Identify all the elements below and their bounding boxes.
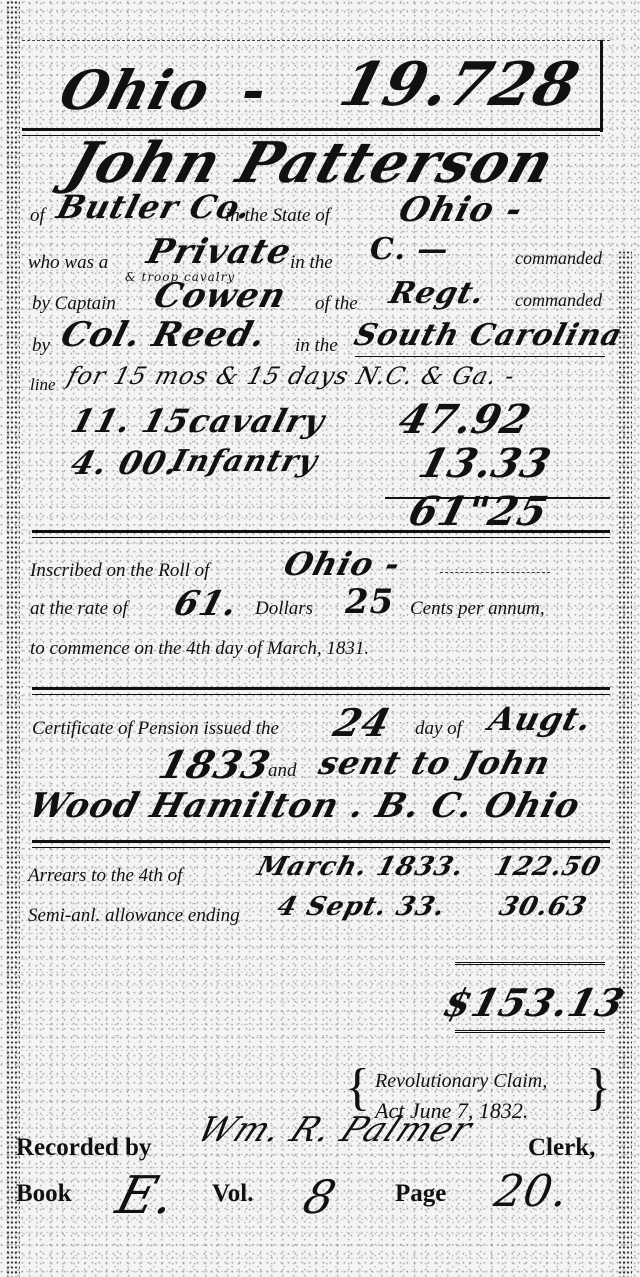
certificate-issued-label: Certificate of Pension issued the — [32, 718, 279, 740]
who-was-label: who was a — [28, 252, 108, 274]
section-divider-2 — [32, 687, 610, 695]
line-underline — [355, 356, 605, 357]
roll-rule — [440, 572, 550, 573]
section-divider-1 — [32, 530, 610, 538]
header-dash: - — [242, 58, 265, 122]
pensioner-name: John Patterson — [59, 130, 563, 196]
payments-total-rule — [455, 1030, 605, 1033]
certificate-day: 24 — [329, 700, 396, 745]
regiment: Regt. — [385, 276, 489, 311]
payments-total: $153.13 — [439, 980, 630, 1025]
claim-line-1: Revolutionary Claim, — [375, 1070, 547, 1093]
vol-label: Vol. — [212, 1180, 253, 1208]
certificate-number: 19.728 — [333, 50, 587, 120]
left-edge-border — [6, 0, 20, 1277]
by-captain-label: by Captain — [32, 293, 116, 315]
breakdown-amount: 47.92 — [394, 396, 537, 443]
certificate-recipient: Wood Hamilton . B. C. Ohio — [25, 786, 585, 826]
rate-label: at the rate of — [30, 598, 128, 620]
company: C. — — [370, 232, 448, 267]
page-value: 20. — [491, 1166, 573, 1217]
right-edge-border — [618, 250, 632, 1277]
certificate-month: Augt. — [485, 700, 597, 738]
roll-state: Ohio - — [280, 545, 405, 583]
book-label: Book — [16, 1180, 72, 1208]
service-total: 61"25 — [404, 488, 554, 535]
and-label: and — [268, 760, 297, 782]
service-duration: for 15 mos & 15 days N.C. & Ga. - — [64, 362, 518, 390]
clerk-label: Clerk, — [528, 1134, 595, 1162]
breakdown-amount: 13.33 — [414, 440, 557, 487]
semi-annual-date: 4 Sept. 33. — [274, 892, 449, 922]
rank: Private — [143, 232, 296, 272]
header-state: Ohio — [53, 58, 217, 122]
arrears-date: March. 1833. — [254, 852, 468, 882]
header-box: Ohio - 19.728 — [22, 40, 603, 132]
by-label: by — [32, 335, 50, 357]
claim-open-brace: { — [345, 1062, 370, 1114]
recorded-by-label: Recorded by — [16, 1134, 151, 1162]
of-label: of — [30, 205, 45, 227]
section-divider-3 — [32, 840, 610, 848]
line-label: line — [30, 375, 56, 395]
rate-dollars: 61. — [170, 584, 243, 624]
cents-label: Cents per annum, — [410, 598, 545, 620]
breakdown-period: 4. 00. — [67, 444, 183, 482]
line-name: South Carolina — [350, 318, 626, 353]
commanded-label-1: commanded — [515, 248, 602, 269]
arrears-label: Arrears to the 4th of — [28, 865, 182, 887]
inscribed-label: Inscribed on the Roll of — [30, 560, 209, 582]
arrears-amount: 122.50 — [491, 852, 605, 882]
semi-annual-label: Semi-anl. allowance ending — [28, 905, 240, 927]
day-of-label: day of — [415, 718, 462, 740]
claim-close-brace: } — [586, 1062, 611, 1114]
sent-to: sent to John — [315, 744, 555, 782]
certificate-year: 1833 — [154, 742, 276, 787]
captain-name: Cowen — [150, 276, 291, 316]
breakdown-branch: cavalry — [185, 402, 329, 440]
page-label: Page — [395, 1180, 446, 1208]
in-the-line-label: in the — [295, 335, 338, 357]
breakdown-branch: Infantry — [167, 444, 321, 479]
payments-sum-rule — [455, 962, 605, 965]
colonel-name: Col. Reed. — [57, 315, 271, 355]
book-value: E. — [110, 1166, 183, 1226]
commanded-label-2: commanded — [515, 290, 602, 311]
pensioner-state: Ohio - — [395, 190, 528, 230]
in-the-label: in the — [290, 252, 333, 274]
rate-cents: 25 — [345, 582, 394, 622]
commence-text: to commence on the 4th day of March, 183… — [30, 638, 369, 660]
in-state-label: in the State of — [225, 205, 330, 227]
dollars-label: Dollars — [255, 598, 313, 620]
vol-value: 8 — [298, 1170, 343, 1224]
semi-annual-amount: 30.63 — [496, 892, 590, 922]
clerk-signature: Wm. R. Palmer — [191, 1110, 480, 1150]
of-the-label: of the — [315, 293, 358, 315]
